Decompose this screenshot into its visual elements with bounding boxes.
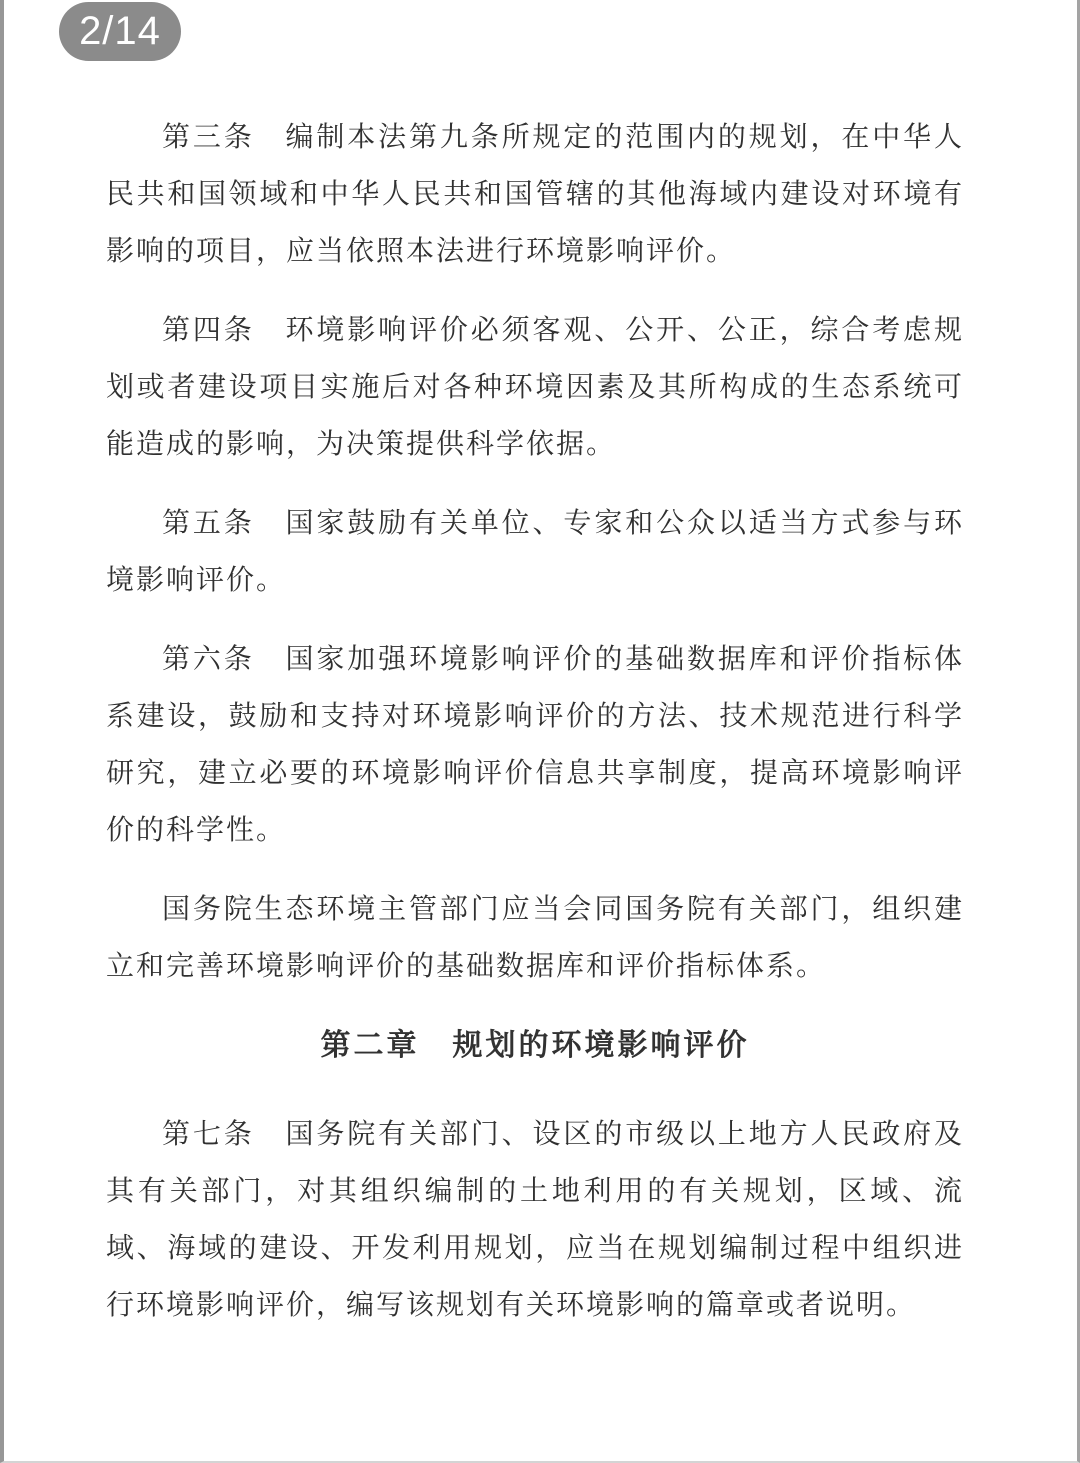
- article-7-paragraph: 第七条 国务院有关部门、设区的市级以上地方人民政府及其有关部门，对其组织编制的土…: [106, 1106, 964, 1334]
- chapter-2-heading: 第二章 规划的环境影响评价: [106, 1017, 964, 1074]
- article-5-paragraph: 第五条 国家鼓励有关单位、专家和公众以适当方式参与环境影响评价。: [106, 495, 964, 609]
- page-indicator-label: 2/14: [79, 9, 161, 53]
- document-text-area: 第三条 编制本法第九条所规定的范围内的规划，在中华人民共和国领域和中华人民共和国…: [106, 109, 964, 1334]
- article-3-paragraph: 第三条 编制本法第九条所规定的范围内的规划，在中华人民共和国领域和中华人民共和国…: [106, 109, 964, 280]
- article-4-paragraph: 第四条 环境影响评价必须客观、公开、公正，综合考虑规划或者建设项目实施后对各种环…: [106, 302, 964, 473]
- document-page-view[interactable]: 2/14 第三条 编制本法第九条所规定的范围内的规划，在中华人民共和国领域和中华…: [0, 0, 1080, 1463]
- article-6-supplement-paragraph: 国务院生态环境主管部门应当会同国务院有关部门，组织建立和完善环境影响评价的基础数…: [106, 881, 964, 995]
- article-6-paragraph: 第六条 国家加强环境影响评价的基础数据库和评价指标体系建设，鼓励和支持对环境影响…: [106, 631, 964, 859]
- page-indicator-badge: 2/14: [59, 2, 181, 61]
